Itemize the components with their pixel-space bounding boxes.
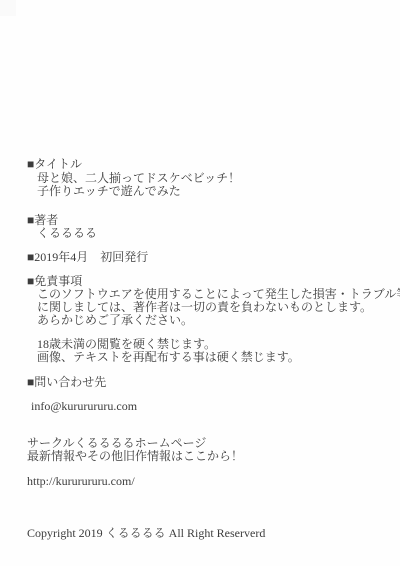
author-name: くるるるる	[37, 227, 380, 240]
homepage-section: サークルくるるるるホームページ 最新情報やその他旧作情報はここから！ http:…	[27, 437, 380, 488]
disclaimer-section: ■免責事項 このソフトウエアを使用することによって発生した損害・トラブル等 に関…	[27, 275, 380, 364]
title-line-1: 母と娘、二人揃ってドスケベビッチ！	[37, 172, 380, 185]
scan-artifact	[0, 0, 16, 16]
restrictions-block: 18歳未満の閲覧を硬く禁じます。 画像、テキストを再配布する事は硬く禁じます。	[27, 338, 380, 364]
disclaimer-line-3: あらかじめご了承ください。	[37, 314, 380, 327]
colophon-page: ■タイトル 母と娘、二人揃ってドスケベビッチ！ 子作りエッチで遊んでみた ■著者…	[0, 0, 400, 540]
author-section: ■著者 くるるるる	[27, 214, 380, 240]
title-line-2: 子作りエッチで遊んでみた	[37, 185, 380, 198]
contact-section-header: ■問い合わせ先	[27, 376, 380, 389]
redistribution-restriction-line: 画像、テキストを再配布する事は硬く禁じます。	[37, 351, 380, 364]
copyright-notice: Copyright 2019 くるるるる All Right Reserverd	[27, 527, 380, 540]
contact-section: ■問い合わせ先 info@kururururu.com	[27, 376, 380, 413]
edition-section: ■2019年4月 初回発行	[27, 251, 380, 264]
edition-line: ■2019年4月 初回発行	[27, 251, 380, 264]
homepage-url: http://kururururu.com/	[27, 475, 380, 488]
title-section: ■タイトル 母と娘、二人揃ってドスケベビッチ！ 子作りエッチで遊んでみた	[27, 158, 380, 198]
homepage-line-2: 最新情報やその他旧作情報はここから！	[27, 450, 380, 463]
contact-email: info@kururururu.com	[31, 400, 380, 413]
title-section-header: ■タイトル	[27, 158, 380, 171]
